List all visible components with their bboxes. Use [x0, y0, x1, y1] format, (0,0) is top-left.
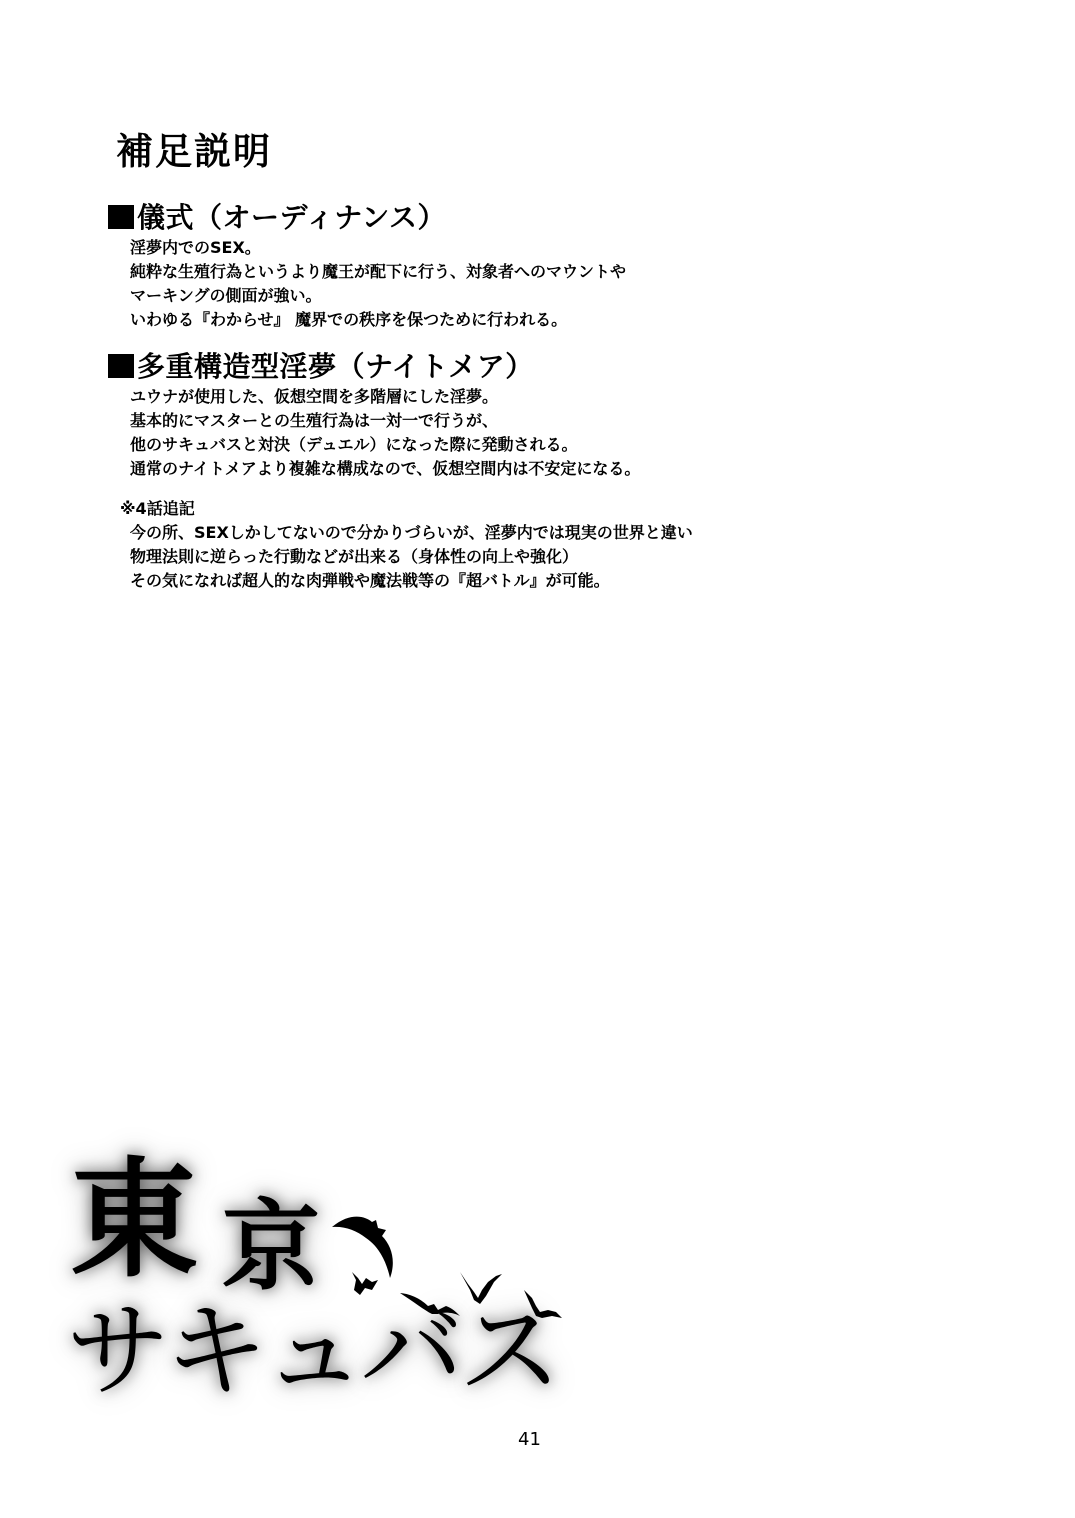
- body-line: 純粋な生殖行為というより魔王が配下に行う、対象者へのマウントや: [130, 260, 626, 284]
- section-heading-text: 儀式（オーディナンス）: [137, 201, 446, 234]
- body-line: 通常のナイトメアより複雑な構成なので、仮想空間内は不安定になる。: [130, 457, 640, 481]
- note-line: その気になれば超人的な肉弾戦や魔法戦等の『超バトル』が可能。: [130, 569, 693, 593]
- body-line: 淫夢内でのSEX。: [130, 236, 626, 260]
- section-heading: 多重構造型淫夢（ナイトメア）: [108, 349, 640, 385]
- square-bullet-icon: [108, 205, 134, 229]
- section-nightmare: 多重構造型淫夢（ナイトメア） ユウナが使用した、仮想空間を多階層にした淫夢。 基…: [108, 349, 640, 481]
- bat-silhouettes-icon: [60, 1150, 620, 1410]
- section-ordinance: 儀式（オーディナンス） 淫夢内でのSEX。 純粋な生殖行為というより魔王が配下に…: [108, 200, 626, 332]
- note-line: 物理法則に逆らった行動などが出来る（身体性の向上や強化）: [130, 545, 693, 569]
- note-line: 今の所、SEXしかしてないので分かりづらいが、淫夢内では現実の世界と違い: [130, 521, 693, 545]
- body-line: 基本的にマスターとの生殖行為は一対一で行うが、: [130, 409, 640, 433]
- page-number: 41: [518, 1428, 541, 1452]
- series-logo: 東 京 サキュバス: [60, 1150, 620, 1410]
- page-title: 補足説明: [116, 128, 272, 176]
- body-line: マーキングの側面が強い。: [130, 284, 626, 308]
- addendum-note: ※4話追記 今の所、SEXしかしてないので分かりづらいが、淫夢内では現実の世界と…: [120, 497, 693, 593]
- body-line: ユウナが使用した、仮想空間を多階層にした淫夢。: [130, 385, 640, 409]
- section-heading: 儀式（オーディナンス）: [108, 200, 626, 236]
- section-heading-text: 多重構造型淫夢（ナイトメア）: [137, 350, 534, 383]
- note-title: ※4話追記: [120, 497, 693, 521]
- square-bullet-icon: [108, 354, 134, 378]
- body-line: 他のサキュバスと対決（デュエル）になった際に発動される。: [130, 433, 640, 457]
- body-line: いわゆる『わからせ』 魔界での秩序を保つために行われる。: [130, 308, 626, 332]
